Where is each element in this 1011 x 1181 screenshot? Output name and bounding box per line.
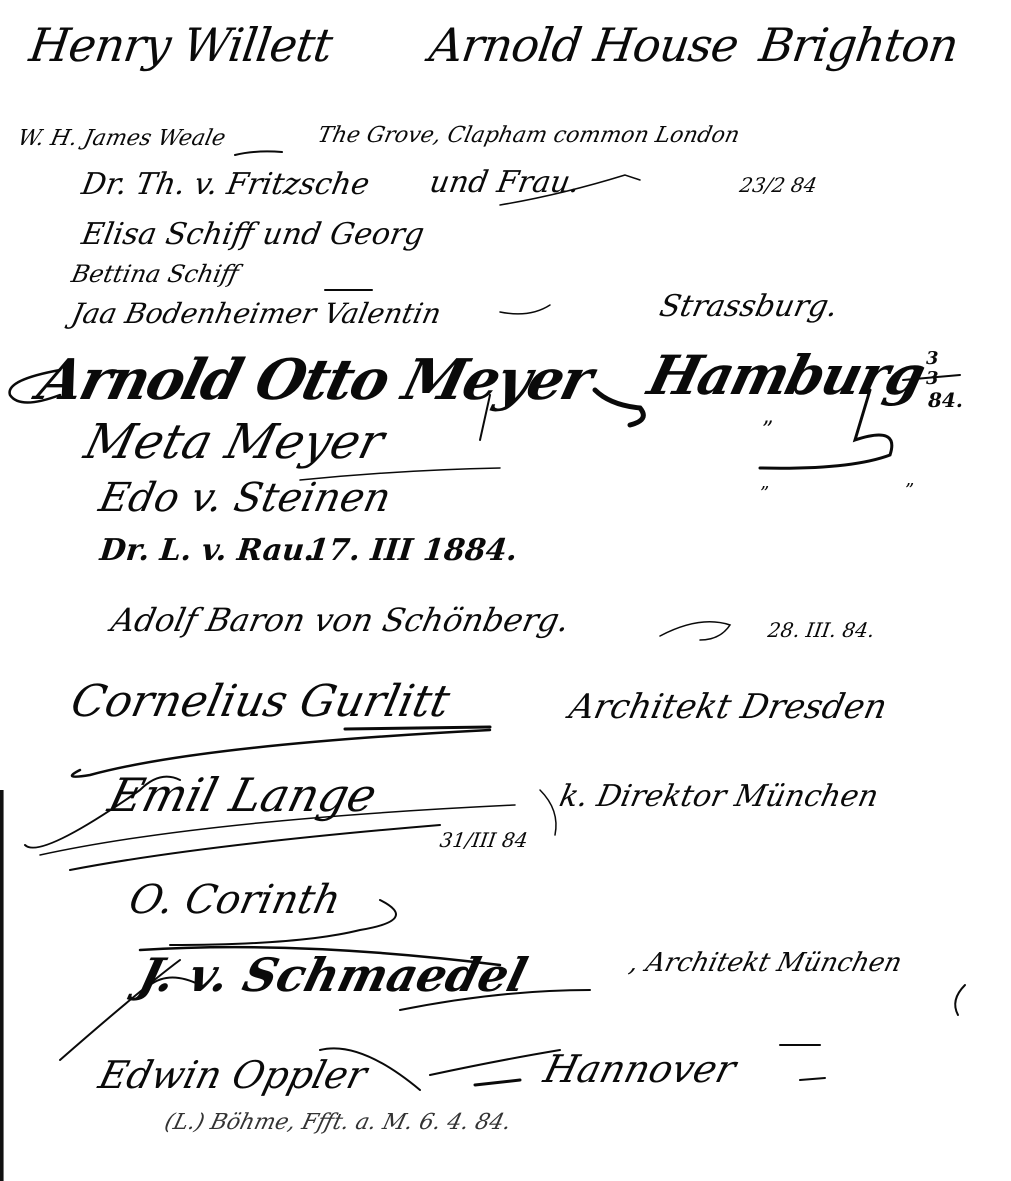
signature-dr-l-v-rau: Dr. L. v. Rau. bbox=[98, 536, 316, 566]
printed-stamp-boehme: (L.) Böhme, Ffft. a. M. 6. 4. 84. bbox=[162, 1112, 513, 1134]
date-lange: 31/III 84 bbox=[439, 830, 530, 850]
page-binding-edge bbox=[0, 790, 5, 1181]
date-meyer-month: 3 bbox=[926, 370, 939, 388]
signature-edo-v-steinen: Edo v. Steinen bbox=[96, 478, 395, 518]
date-schoenberg: 28. III. 84. bbox=[767, 620, 876, 640]
city-hamburg: Hamburg bbox=[643, 348, 929, 402]
date-rau: 17. III 1884. bbox=[306, 536, 518, 566]
signature-bodenheimer: Jaa Bodenheimer Valentin bbox=[69, 300, 444, 328]
signature-arnold-otto-meyer: Arnold Otto Meyer bbox=[33, 352, 597, 408]
ditto-mark: ” bbox=[762, 420, 773, 442]
signature-edwin-oppler: Edwin Oppler bbox=[95, 1056, 370, 1094]
ditto-mark: ” bbox=[905, 482, 914, 500]
signature-fritzsche-extra: und Frau. bbox=[427, 168, 582, 198]
role-architekt-dresden: Architekt Dresden bbox=[566, 690, 890, 724]
ditto-mark: ” bbox=[760, 485, 769, 503]
role-direktor-muenchen: k. Direktor München bbox=[557, 782, 881, 812]
city-hannover: Hannover bbox=[540, 1050, 739, 1088]
guest-book-page: Henry Willett Arnold House Brighton W. H… bbox=[0, 0, 1011, 1181]
signature-baron-schoenberg: Adolf Baron von Schönberg. bbox=[109, 604, 573, 636]
date-meyer-day: 3 bbox=[926, 350, 939, 368]
date-fritzsche: 23/2 84 bbox=[738, 175, 818, 195]
signature-fritzsche: Dr. Th. v. Fritzsche bbox=[79, 170, 371, 200]
signature-cornelius-gurlitt: Cornelius Gurlitt bbox=[67, 680, 453, 724]
signature-james-weale: W. H. James Weale bbox=[16, 128, 228, 150]
address-the-grove-clapham: The Grove, Clapham common London bbox=[316, 125, 742, 147]
city-brighton: Brighton bbox=[757, 22, 961, 68]
signature-meta-meyer: Meta Meyer bbox=[80, 418, 389, 466]
signature-emil-lange: Emil Lange bbox=[104, 772, 381, 818]
role-architekt-muenchen: , Architekt München bbox=[627, 950, 905, 976]
signature-o-corinth: O. Corinth bbox=[126, 880, 345, 920]
signature-bettina-schiff: Bettina Schiff bbox=[69, 262, 240, 286]
signature-schmaedel: J. v. Schmaedel bbox=[134, 952, 531, 998]
signature-elisa-schiff: Elisa Schiff und Georg bbox=[79, 220, 426, 250]
signature-henry-willett: Henry Willett bbox=[27, 22, 335, 68]
date-meyer-year: 84. bbox=[928, 390, 963, 410]
city-strassburg: Strassburg. bbox=[657, 292, 841, 322]
address-arnold-house: Arnold House bbox=[427, 22, 741, 68]
